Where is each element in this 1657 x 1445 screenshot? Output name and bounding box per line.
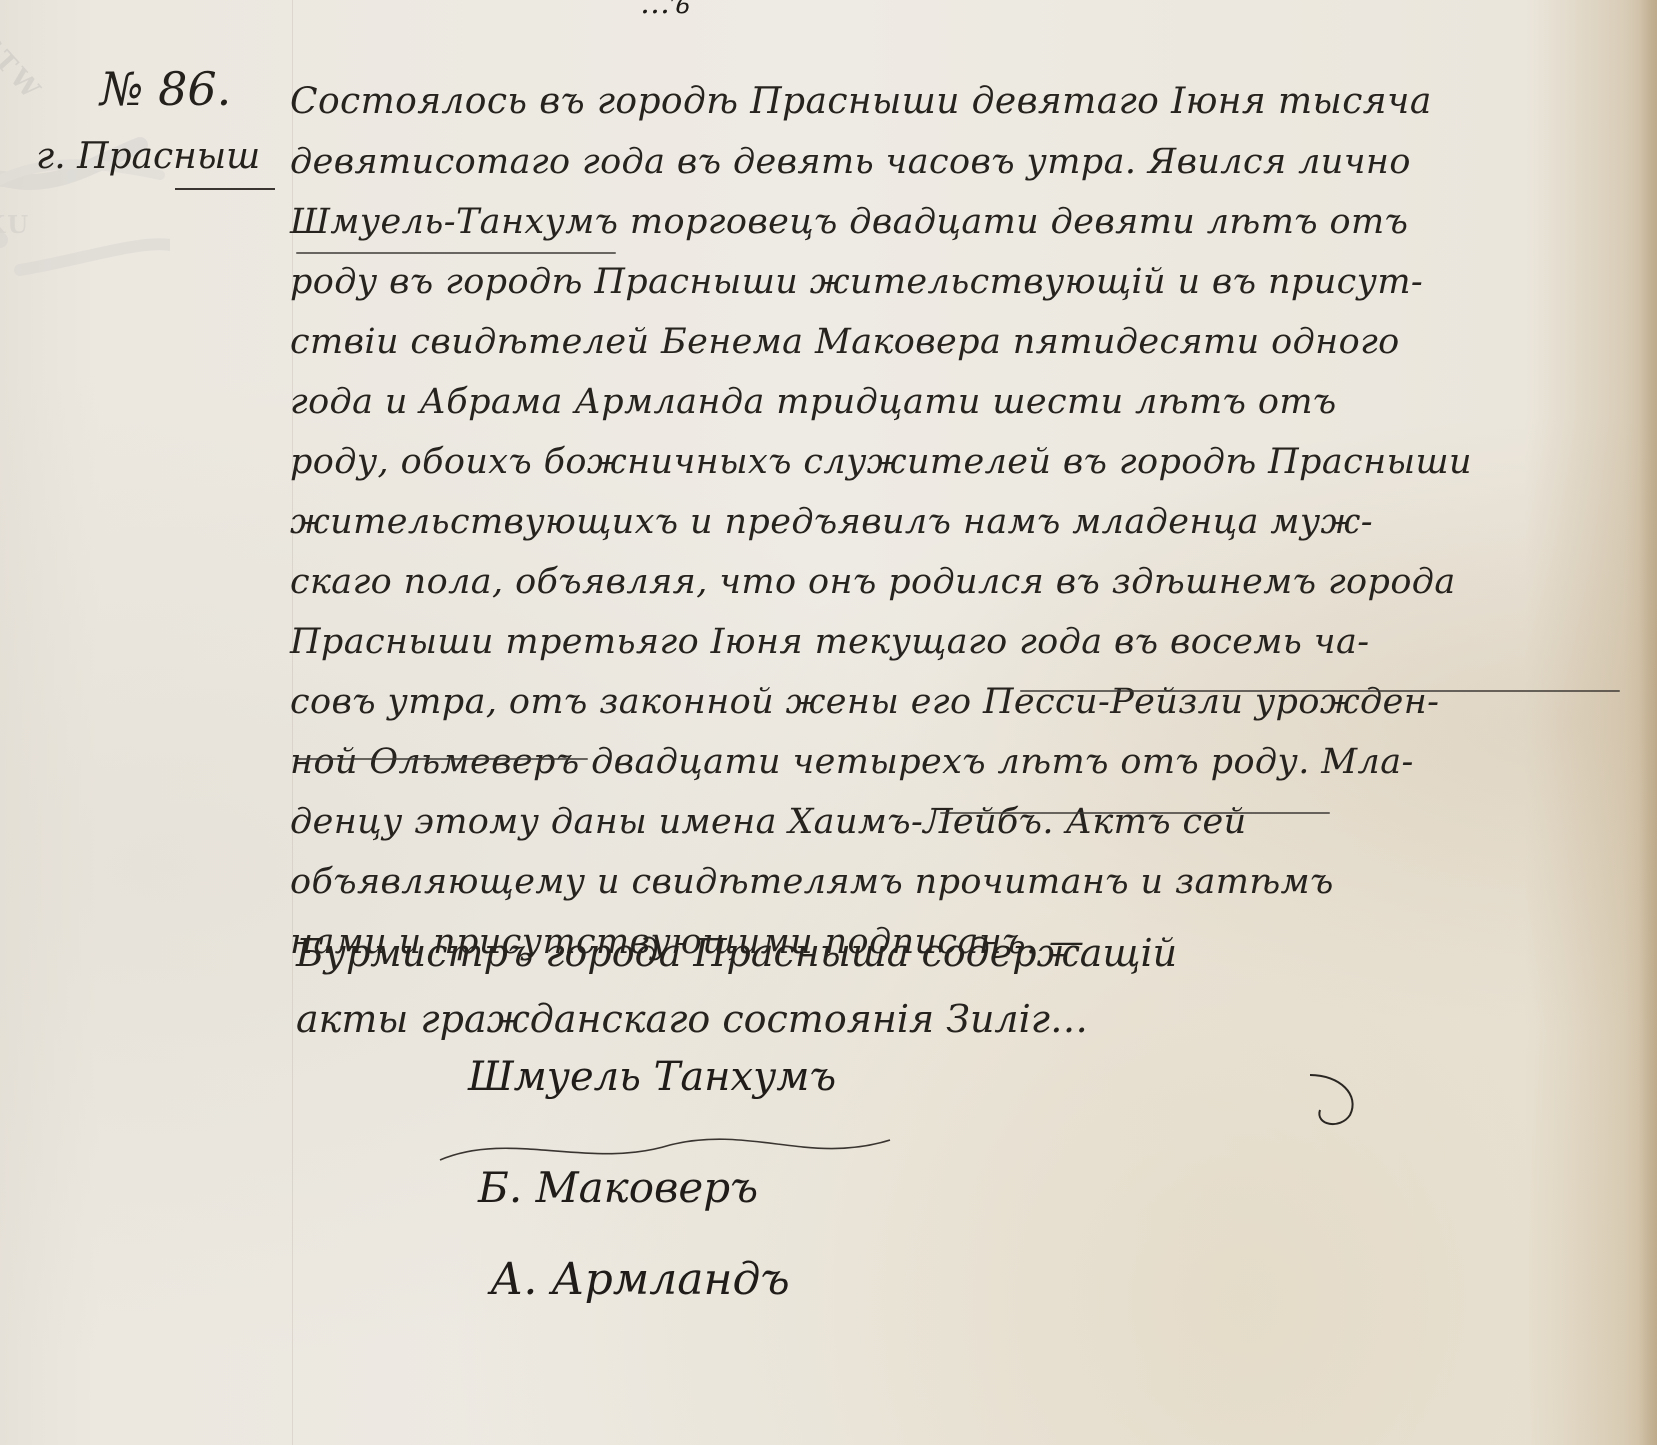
body-line: ствіи свидѣтелей Бенема Маковера пятидес… — [290, 312, 1610, 372]
body-line: роду, обоихъ божничныхъ служителей въ го… — [290, 432, 1610, 492]
body-line: Шмуель-Танхумъ торговецъ двадцати девяти… — [290, 192, 1610, 252]
margin-place-note: г. Прасныш — [36, 136, 260, 177]
registrar-statement: Бурмистръ города Прасныша содержащій акт… — [296, 920, 1496, 1052]
body-line: объявляющему и свидѣтелямъ прочитанъ и з… — [290, 852, 1610, 912]
signature-witness-2: А. Армландъ — [490, 1254, 790, 1305]
page-edge-shadow — [1639, 0, 1657, 1445]
signature-father: Шмуель Танхумъ — [468, 1054, 836, 1100]
watermark-text-bottom: USKU — [0, 210, 31, 239]
underline-child-name — [940, 812, 1330, 814]
body-line: года и Абрама Армланда тридцати шести лѣ… — [290, 372, 1610, 432]
body-line: девятисотаго года въ девять часовъ утра.… — [290, 132, 1610, 192]
body-line: Состоялось въ городѣ Прасныши девятаго І… — [290, 72, 1610, 132]
body-line: роду въ городѣ Прасныши жительствующій и… — [290, 252, 1610, 312]
signature-witness-1: Б. Маковеръ — [478, 1163, 758, 1212]
underline-mother-name — [1020, 690, 1620, 692]
body-line: Прасныши третьяго Іюня текущаго года въ … — [290, 612, 1610, 672]
body-line: денцу этому даны имена Хаимъ-Лейбъ. Актъ… — [290, 792, 1610, 852]
registrar-line: акты гражданскаго состоянія Зиліг… — [296, 986, 1496, 1052]
body-line: совъ утра, отъ законной жены его Песси-Р… — [290, 672, 1610, 732]
body-line: ной Ольмеверъ двадцати четырехъ лѣтъ отъ… — [290, 732, 1610, 792]
act-body: Состоялось въ городѣ Прасныши девятаго І… — [290, 72, 1610, 972]
act-number: № 86. — [100, 62, 231, 116]
underline-mother-surname — [298, 758, 588, 760]
registrar-signature-flourish-icon — [1300, 1070, 1380, 1140]
body-line: жительствующихъ и предъявилъ намъ младен… — [290, 492, 1610, 552]
underline-father-name — [296, 252, 616, 254]
archive-watermark-stamp: ANSTW USKU — [0, 0, 170, 270]
body-line: скаго пола, объявляя, что онъ родился въ… — [290, 552, 1610, 612]
margin-place-underline — [175, 188, 275, 190]
header-fragment: …ъ — [640, 0, 690, 21]
registrar-line: Бурмистръ города Прасныша содержащій — [296, 920, 1496, 986]
